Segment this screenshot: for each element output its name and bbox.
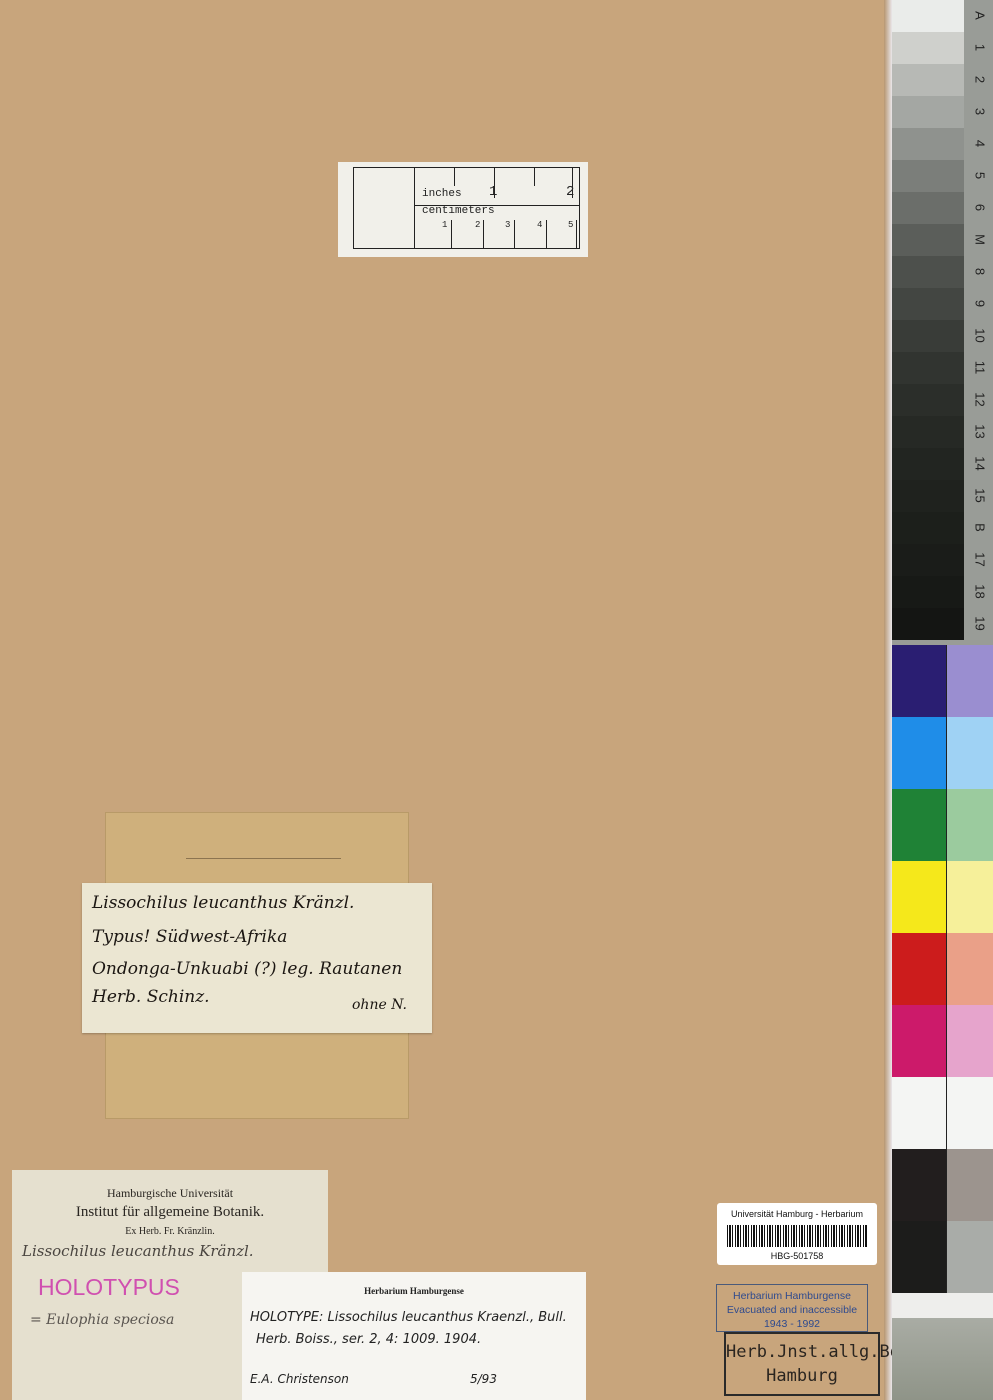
determination-label: Herbarium Hamburgense HOLOTYPE: Lissochi… — [242, 1272, 586, 1400]
gray-label: 18 — [973, 582, 988, 602]
label-line-3: Ondonga-Unkuabi (?) leg. Rautanen — [92, 959, 402, 979]
university-name: Hamburgische Universität — [12, 1186, 328, 1201]
color-swatch — [946, 933, 993, 1006]
color-swatch — [892, 717, 946, 790]
color-swatch — [946, 1221, 993, 1294]
color-swatch — [946, 1149, 993, 1222]
gray-swatch — [892, 128, 964, 160]
label-line-1: Lissochilus leucanthus Kränzl. — [92, 893, 354, 913]
determiner: E.A. Christenson — [250, 1372, 349, 1386]
cm-mark-3: 3 — [505, 220, 510, 230]
original-label: Lissochilus leucanthus Kränzl. Typus! Sü… — [82, 883, 432, 1033]
holotypus-stamp: HOLOTYPUS — [38, 1274, 180, 1301]
color-swatch — [946, 1077, 993, 1150]
barcode-id: HBG-501758 — [717, 1251, 877, 1261]
color-swatch — [892, 1149, 946, 1222]
stamp-blue-line-1: Herbarium Hamburgense — [717, 1289, 867, 1303]
gray-swatch — [892, 544, 964, 576]
gray-swatch — [892, 352, 964, 384]
gray-label: B — [973, 518, 988, 538]
barcode-title: Universität Hamburg - Herbarium — [717, 1209, 877, 1219]
gray-swatch — [892, 0, 964, 32]
label-line-4: Herb. Schinz. — [92, 987, 210, 1007]
handwritten-name: Lissochilus leucanthus Kränzl. — [22, 1242, 254, 1260]
color-swatch — [892, 1221, 946, 1294]
gray-swatch — [892, 320, 964, 352]
gray-label: 4 — [973, 134, 988, 154]
gray-label: 2 — [973, 70, 988, 90]
gray-swatch — [892, 576, 964, 608]
color-swatch — [892, 1077, 946, 1150]
det-date: 5/93 — [470, 1372, 497, 1386]
gray-swatch — [892, 384, 964, 416]
gray-swatch — [892, 512, 964, 544]
color-swatch — [946, 1005, 993, 1078]
cm-mark-2: 2 — [475, 220, 480, 230]
color-swatch — [892, 933, 946, 1006]
gray-label: 19 — [973, 614, 988, 634]
centimeters-label: centimeters — [422, 205, 495, 217]
gray-swatch — [892, 32, 964, 64]
ex-herb: Ex Herb. Fr. Kränzlin. — [12, 1226, 328, 1237]
label-line-5: ohne N. — [352, 997, 407, 1013]
gray-swatch — [892, 416, 964, 448]
synonym: = Eulophia speciosa — [30, 1312, 174, 1328]
color-swatch — [892, 645, 946, 718]
label-line-2: Typus! Südwest-Afrika — [92, 927, 287, 947]
gray-label: 3 — [973, 102, 988, 122]
stamp-blue-line-3: 1943 - 1992 — [717, 1317, 867, 1331]
color-swatch — [892, 861, 946, 934]
gray-label: 10 — [973, 326, 988, 346]
gray-label: M — [973, 230, 988, 250]
gray-label: 11 — [973, 358, 988, 378]
color-calibration-chart: A123456M89101112131415B171819 — [892, 0, 993, 1400]
stamp-black-line-1: Herb.Jnst.allg.Bot. — [726, 1340, 878, 1364]
holotype-line-2: Herb. Boiss., ser. 2, 4: 1009. 1904. — [256, 1332, 481, 1347]
cm-mark-4: 4 — [537, 220, 542, 230]
gray-label: 1 — [973, 38, 988, 58]
color-swatch — [946, 717, 993, 790]
herb-label-title: Herbarium Hamburgense — [242, 1286, 586, 1296]
inch-mark-2: 2 — [566, 184, 574, 200]
gray-label: A — [973, 6, 988, 26]
gray-swatch — [892, 480, 964, 512]
gray-swatch — [892, 448, 964, 480]
institute-stamp: Herb.Jnst.allg.Bot. Hamburg — [724, 1332, 880, 1396]
scale-ruler: inches centimeters 1 2 1 2 3 4 5 — [338, 162, 588, 257]
barcode-icon — [727, 1225, 867, 1247]
color-swatch — [892, 1005, 946, 1078]
gray-swatch — [892, 64, 964, 96]
evacuated-stamp: Herbarium Hamburgense Evacuated and inac… — [716, 1284, 868, 1332]
gray-label: 8 — [973, 262, 988, 282]
color-swatch — [946, 645, 993, 718]
gray-swatch — [892, 96, 964, 128]
gray-label: 13 — [973, 422, 988, 442]
cm-mark-1: 1 — [442, 220, 447, 230]
gray-label: 14 — [973, 454, 988, 474]
barcode-label: Universität Hamburg - Herbarium HBG-5017… — [717, 1203, 877, 1265]
gray-swatch — [892, 256, 964, 288]
color-swatch — [892, 789, 946, 862]
gray-label: 6 — [973, 198, 988, 218]
gray-swatch — [892, 288, 964, 320]
stamp-blue-line-2: Evacuated and inaccessible — [717, 1303, 867, 1317]
gray-label: 15 — [973, 486, 988, 506]
color-swatch — [946, 861, 993, 934]
inches-label: inches — [422, 188, 462, 200]
cm-mark-5: 5 — [568, 220, 573, 230]
gray-swatch — [892, 192, 964, 224]
holotype-line-1: HOLOTYPE: Lissochilus leucanthus Kraenzl… — [250, 1310, 567, 1325]
color-swatch — [946, 789, 993, 862]
institute-name: Institut für allgemeine Botanik. — [12, 1204, 328, 1221]
gray-swatch — [892, 160, 964, 192]
gray-label: 12 — [973, 390, 988, 410]
gray-label: 5 — [973, 166, 988, 186]
gray-label: 17 — [973, 550, 988, 570]
gray-swatch — [892, 224, 964, 256]
gray-swatch — [892, 608, 964, 640]
sheet-edge — [884, 0, 892, 1400]
gray-label: 9 — [973, 294, 988, 314]
stamp-black-line-2: Hamburg — [726, 1364, 878, 1388]
